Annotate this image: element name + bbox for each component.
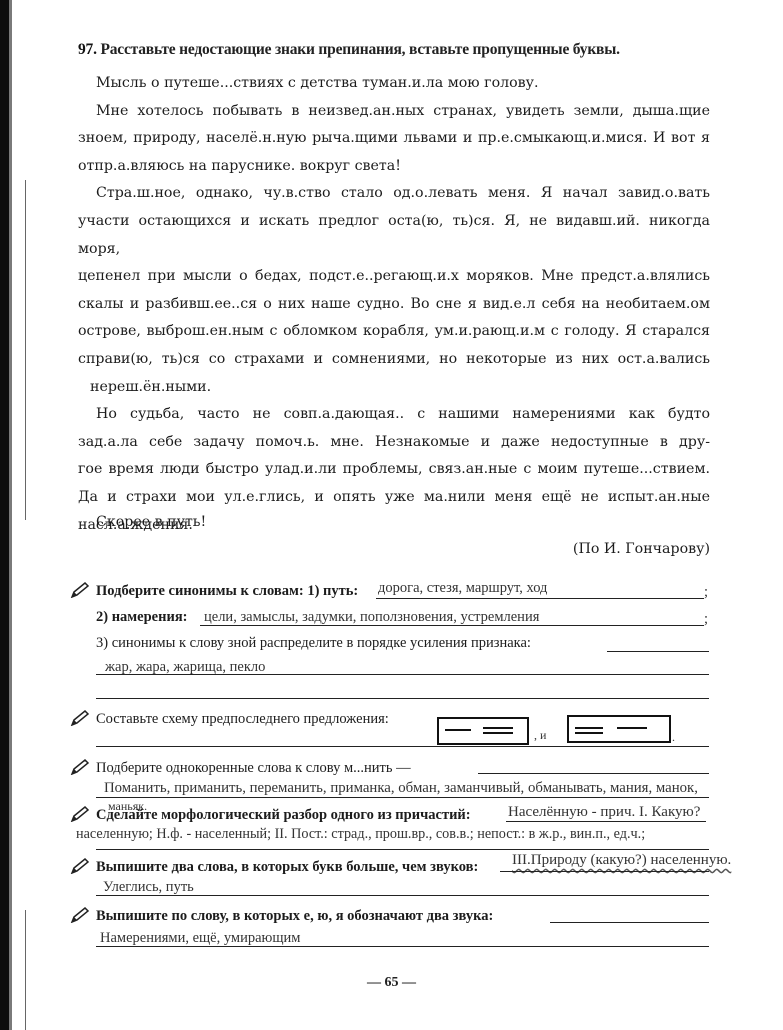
text-line: зноем, природу, населё.н.ную рыча.щими л… — [78, 125, 710, 153]
separator: ; — [704, 584, 708, 601]
task-cognates: Подберите однокоренные слова к слову м..… — [70, 759, 411, 777]
answer-underline — [550, 922, 709, 923]
exercise-title: 97. Расставьте недостающие знаки препина… — [78, 41, 620, 59]
pencil-icon — [70, 907, 90, 923]
text-line: Мысль о путеше...ствиях с детства туман.… — [78, 70, 710, 98]
text-line: Но судьба, часто не совп.а.дающая.. с на… — [78, 401, 710, 429]
text-line: Да и страхи мои ул.е.глись, и опять уже … — [78, 484, 710, 512]
synonyms-answer-1[interactable]: дорога, стезя, маршрут, ход — [378, 580, 547, 597]
exercise-text: Мысль о путеше...ствиях с детства туман.… — [78, 70, 710, 539]
morphology-answer-3-text: III.Природу (какую?) населенную. — [512, 852, 731, 868]
scheme-clause-2 — [567, 715, 671, 743]
morphology-prompt: Сделайте морфологический разбор одного и… — [96, 807, 471, 823]
task-morphology: Сделайте морфологический разбор одного и… — [70, 806, 471, 824]
task-scheme: Составьте схему предпоследнего предложен… — [70, 710, 389, 728]
exercise-number: 97. — [78, 41, 97, 58]
answer-underline — [96, 797, 709, 798]
text-line: справи(ю, ть)ся со страхами и сомнениями… — [78, 346, 710, 374]
two-sounds-answer[interactable]: Намерениями, ещё, умирающим — [100, 930, 300, 947]
scheme-connector: , и — [534, 728, 546, 743]
answer-underline — [607, 651, 709, 652]
synonyms-prompt-2-row: 2) намерения: — [96, 609, 188, 626]
morphology-answer-1[interactable]: Населённую - прич. I. Какую? — [508, 804, 700, 821]
text-line: нереш.ён.ными. — [78, 374, 710, 402]
morphology-answer-2[interactable]: населенную; Н.ф. - населенный; II. Пост.… — [76, 826, 645, 843]
task-letters-sounds: Выпишите два слова, в которых букв больш… — [70, 858, 478, 876]
task-two-sounds: Выпишите по слову, в которых е, ю, я обо… — [70, 907, 493, 925]
exercise-instruction: Расставьте недостающие знаки препинания,… — [100, 41, 619, 58]
synonyms-prompt-2: 2) намерения: — [96, 609, 188, 625]
separator: ; — [704, 611, 708, 628]
answer-underline — [96, 674, 709, 675]
pencil-icon — [70, 759, 90, 775]
synonyms-prompt-3: 3) синонимы к слову зной распределите в … — [96, 635, 531, 651]
letters-sounds-prompt: Выпишите два слова, в которых букв больш… — [96, 859, 478, 875]
answer-underline — [200, 625, 704, 626]
answer-underline — [506, 821, 706, 822]
scheme-clause-1 — [437, 717, 529, 745]
synonyms-prompt-1: Подберите синонимы к словам: 1) путь: — [96, 583, 358, 599]
answer-underline — [478, 773, 709, 774]
pencil-icon — [70, 582, 90, 598]
synonyms-prompt-3-row: 3) синонимы к слову зной распределите в … — [96, 635, 531, 652]
synonyms-answer-2[interactable]: цели, замыслы, задумки, поползновения, у… — [204, 609, 539, 626]
subject-mark — [445, 729, 471, 731]
answer-underline — [96, 746, 709, 747]
pencil-icon — [70, 858, 90, 874]
answer-underline — [500, 871, 709, 872]
pencil-icon — [70, 806, 90, 822]
pencil-icon — [70, 710, 90, 726]
text-line: скалы и разбивш.ее..ся о них наше судно.… — [78, 291, 710, 319]
text-line: острове, выброш.ен.ным с обломком корабл… — [78, 318, 710, 346]
text-line: цепенел при мысли о бедах, подст.е..рега… — [78, 263, 710, 291]
answer-underline — [376, 598, 704, 599]
answer-underline — [96, 946, 709, 947]
cognates-prompt: Подберите однокоренные слова к слову м..… — [96, 760, 411, 776]
text-line: отпр.а.вляюсь на паруснике. вокруг света… — [78, 153, 710, 181]
text-line: Мне хотелось побывать в неизвед.ан.ных с… — [78, 98, 710, 126]
page-number: — 65 — — [0, 975, 783, 991]
text-line: гое время люди быстро улад.и.ли проблемы… — [78, 456, 710, 484]
morphology-answer-3[interactable]: III.Природу (какую?) населенную. — [512, 852, 731, 869]
scheme-end: . — [672, 730, 675, 745]
task-synonyms: Подберите синонимы к словам: 1) путь: — [70, 582, 358, 600]
text-line: зад.а.ла себе задачу помоч.ь. мне. Незна… — [78, 429, 710, 457]
closing-line: Скорее в путь! — [96, 514, 206, 530]
two-sounds-prompt: Выпишите по слову, в которых е, ю, я обо… — [96, 908, 493, 924]
scheme-prompt: Составьте схему предпоследнего предложен… — [96, 711, 389, 727]
predicate-mark — [575, 727, 603, 734]
text-line: участи остающихся и искать предлог оста(… — [78, 208, 710, 263]
workbook-page: 97. Расставьте недостающие знаки препина… — [0, 0, 783, 1030]
letters-sounds-answer[interactable]: Улеглись, путь — [103, 879, 194, 896]
answer-underline — [96, 698, 709, 699]
subject-mark — [617, 727, 647, 729]
text-line: Стра.ш.ное, однако, чу.в.ство стало од.о… — [78, 180, 710, 208]
answer-underline — [96, 849, 709, 850]
predicate-mark — [483, 727, 513, 734]
cognates-answer-1[interactable]: Поманить, приманить, переманить, приманк… — [104, 780, 698, 797]
text-source: (По И. Гончарову) — [573, 541, 710, 557]
answer-underline — [96, 895, 709, 896]
